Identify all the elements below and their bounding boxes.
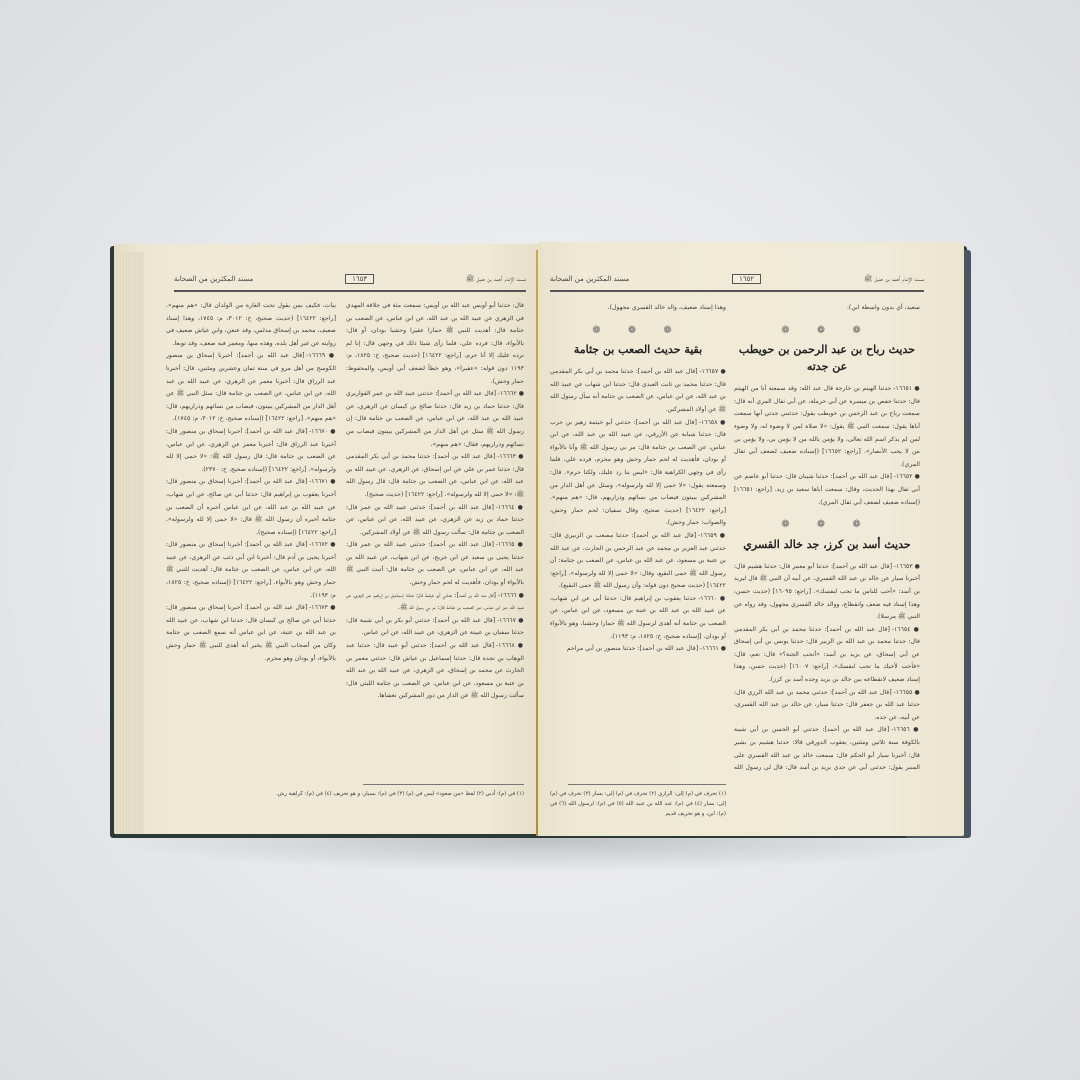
footnote-rule	[568, 784, 726, 785]
hadith-entry: ١٦٦٥٦- [قال عبد الله بن أحمد]: حدثني أبو…	[734, 724, 920, 772]
right-page: مسند الإمام أحمد بن حنبل ﷺ ١٦٥٢ مسند الم…	[538, 242, 964, 836]
hadith-entry: ١٦٦٦٢- [قال عبد الله بن أحمد]: حدثني عبي…	[346, 388, 524, 451]
text-block: سعيد، أي بدون واسطة ابن).	[734, 302, 920, 315]
header-rule	[174, 290, 526, 292]
ornament-stars: ❁ ❁ ❁	[734, 325, 920, 338]
ornament-stars: ❁ ❁ ❁	[734, 519, 920, 532]
hadith-entry: ١٦٦٦٩- [قال عبد الله بن أحمد]: أخبرنا إس…	[166, 350, 336, 426]
left-page: مسند الإمام أحمد بن حنبل ﷺ ١٦٥٣ مسند الم…	[114, 244, 538, 834]
hadith-entry: ١٦٦٧٠- [قال عبد الله بن أحمد]: أخبرنا إس…	[166, 426, 336, 476]
hadith-entry: ١٦٦٥٥- [قال عبد الله بن أحمد]: حدثني محم…	[734, 687, 920, 725]
right-page-right-column: سعيد، أي بدون واسطة ابن). ❁ ❁ ❁ حديث ربا…	[734, 302, 920, 772]
hadith-entry: ١٦٦٦٤- [قال عبد الله بن أحمد]: حدثني عبي…	[346, 502, 524, 540]
running-section-title: مسند المكثرين من الصحابة	[174, 275, 253, 283]
chapter-title: حديث أسد بن كرز، جد خالد القسري	[734, 536, 920, 553]
running-section-title: مسند المكثرين من الصحابة	[550, 275, 629, 283]
left-page-right-column: قال: حدثنا أبو أويس عبد الله بن أويس: سم…	[346, 300, 524, 703]
hadith-entry: ١٦٦٥٧- [قال عبد الله بن أحمد]: حدثنا محم…	[550, 366, 726, 416]
hadith-entry: ١٦٦٦٥- [قال عبد الله بن أحمد]: حدثني عبي…	[346, 539, 524, 589]
chapter-title: بقية حديث الصعب بن جثامة	[550, 341, 726, 358]
left-page-footnotes: (١) في (م): أدبي (٢) لفظ «من صعود» ليس ف…	[166, 774, 524, 799]
right-page-footnotes: (١) تحرف في (م) إلى: الرازي (٢) تحرف في …	[550, 774, 726, 819]
book-shadow	[108, 832, 978, 872]
hadith-entry: ١٦٦٥٩- [قال عبد الله بن أحمد]: حدثنا مصع…	[550, 530, 726, 593]
page-edges	[114, 252, 144, 834]
hadith-entry: ١٦٦٥٤- [قال عبد الله بن أحمد]: حدثنا محم…	[734, 624, 920, 687]
left-page-header: مسند الإمام أحمد بن حنبل ﷺ ١٦٥٣ مسند الم…	[174, 270, 526, 288]
hadith-entry: ١٦٦٧٢- [قال عبد الله بن أحمد]: أخبرنا إس…	[166, 539, 336, 602]
header-rule	[550, 290, 924, 292]
hadith-entry: ١٦٦٦٠- حدثنا يعقوب بن إبراهيم قال: حدثنا…	[550, 593, 726, 643]
hadith-entry: ١٦٦٥٣- [قال عبد الله بن أحمد]: حدثنا أبو…	[734, 561, 920, 624]
hadith-entry: ١٦٦٦٨- [قال عبد الله بن أحمد]: حدثني أبو…	[346, 640, 524, 703]
page-number: ١٦٥٢	[732, 274, 761, 284]
hadith-entry: ١٦٦٥٨- [قال عبد الله بن أحمد]: حدثني أبو…	[550, 417, 726, 530]
hadith-entry: ١٦٦٧٣- [قال عبد الله بن أحمد]: أخبرنا إس…	[166, 602, 336, 665]
hadith-entry: ١٦٦٥٢- [قال عبد الله بن أحمد]: حدثنا شيب…	[734, 471, 920, 509]
hadith-entry: ١٦٦٦٧- [قال عبد الله بن أحمد]: حدثني أبو…	[346, 615, 524, 640]
text-block: بيات، فكيف بمن يقول تحت الغارة من الولدا…	[166, 300, 336, 350]
hadith-entry: ١٦٦٦٣- [قال عبد الله بن أحمد]: حدثنا محم…	[346, 451, 524, 501]
running-book-title: مسند الإمام أحمد بن حنبل ﷺ	[466, 274, 526, 285]
left-page-left-column: بيات، فكيف بمن يقول تحت الغارة من الولدا…	[166, 300, 336, 665]
hadith-entry: ١٦٦٦٦- [قال عبد الله بن أحمد]: حدثني أبو…	[346, 590, 524, 615]
right-page-header: مسند الإمام أحمد بن حنبل ﷺ ١٦٥٢ مسند الم…	[550, 270, 924, 288]
chapter-title: حديث رباح بن عبد الرحمن بن حويطب عن جدته	[734, 341, 920, 375]
footnotes: (١) تحرف في (م) إلى: الرازي (٢) تحرف في …	[550, 789, 726, 819]
footnotes: (١) في (م): أدبي (٢) لفظ «من صعود» ليس ف…	[166, 789, 524, 799]
running-book-title: مسند الإمام أحمد بن حنبل ﷺ	[864, 274, 924, 285]
hadith-entry: ١٦٦٧١- [قال عبد الله بن أحمد]: أخبرنا إس…	[166, 476, 336, 539]
right-page-left-column: وهذا إسناد ضعيف، والد خالد القسري مجهول)…	[550, 302, 726, 656]
ornament-stars: ❁ ❁ ❁	[550, 325, 726, 338]
footnote-rule	[363, 784, 524, 785]
hadith-entry: ١٦٦٥١- حدثنا الهيثم بن خارجة قال عبد الل…	[734, 383, 920, 471]
hadith-entry: ١٦٦٦١- [قال عبد الله بن أحمد]: حدثنا منص…	[550, 643, 726, 656]
text-block: وهذا إسناد ضعيف، والد خالد القسري مجهول)…	[550, 302, 726, 315]
text-block: قال: حدثنا أبو أويس عبد الله بن أويس: سم…	[346, 300, 524, 388]
page-number: ١٦٥٣	[345, 274, 374, 284]
